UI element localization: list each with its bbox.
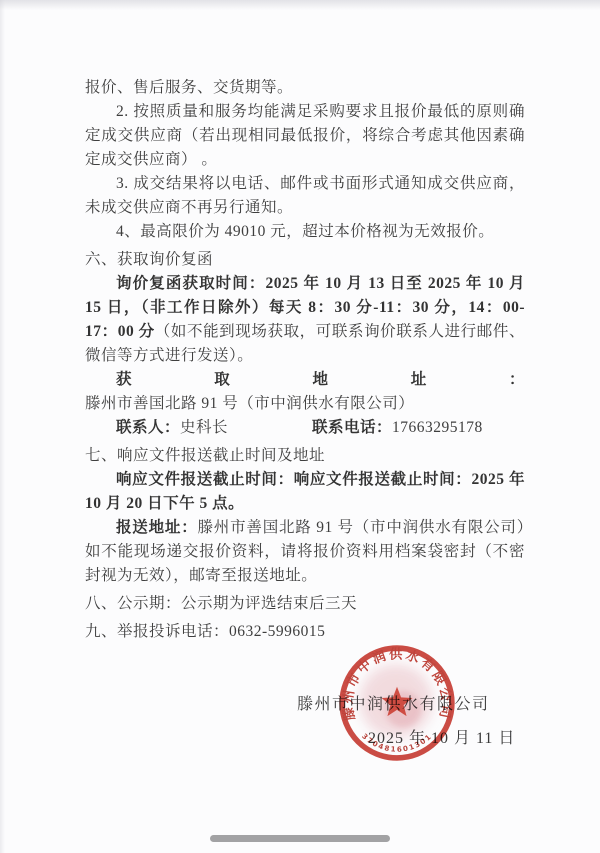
text-run: 六、获取询价复函	[85, 251, 213, 268]
paragraph: 获取地址：滕州市善国北路 91 号（市中润供水有限公司）	[85, 368, 525, 416]
paragraph: 响应文件报送截止时间：响应文件报送截止时间：2025 年 10 月 20 日下午…	[85, 468, 525, 516]
text-run: 九、举报投诉电话：0632-5996015	[85, 623, 325, 640]
text-run: 联系电话：	[312, 419, 392, 436]
document-page: 报价、售后服务、交货期等。2. 按照质量和服务均能满足采购要求且报价最低的原则确…	[0, 0, 600, 853]
paragraph: 4、最高限价为 49010 元，超过本价格视为无效报价。	[85, 220, 525, 244]
section-heading: 八、公示期：公示期为评选结束后三天	[85, 592, 525, 616]
paragraph: 联系人：史科长联系电话：17663295178	[85, 416, 525, 440]
text-run: 联系人：	[116, 419, 180, 436]
text-run: 17663295178	[392, 419, 483, 436]
paragraph: 2. 按照质量和服务均能满足采购要求且报价最低的原则确定成交供应商（若出现相同最…	[85, 100, 525, 172]
section-heading: 九、举报投诉电话：0632-5996015	[85, 620, 525, 644]
document-body: 报价、售后服务、交货期等。2. 按照质量和服务均能满足采购要求且报价最低的原则确…	[85, 76, 525, 644]
section-heading: 六、获取询价复函	[85, 248, 525, 272]
text-run: 2. 按照质量和服务均能满足采购要求且报价最低的原则确定成交供应商（若出现相同最…	[85, 103, 525, 168]
text-run: 获取地址：	[116, 371, 525, 388]
text-run: 响应文件报送截止时间：响应文件报送截止时间：2025 年 10 月 20 日下午…	[85, 471, 525, 512]
paragraph: 报送地址：滕州市善国北路 91 号（市中润供水有限公司）如不能现场递交报价资料，…	[85, 516, 525, 588]
paragraph: 询价复函获取时间：2025 年 10 月 13 日至 2025 年 10 月 1…	[85, 272, 525, 368]
text-run: 4、最高限价为 49010 元，超过本价格视为无效报价。	[116, 223, 494, 240]
text-run: 报送地址：	[116, 519, 198, 536]
text-run: 八、公示期：公示期为评选结束后三天	[85, 595, 357, 612]
text-run: 七、响应文件报送截止时间及地址	[85, 447, 325, 464]
company-seal: 滕州市中润供水有限公司 370481601301	[336, 642, 458, 764]
paragraph: 3. 成交结果将以电话、邮件或书面形式通知成交供应商，未成交供应商不再另行通知。	[85, 172, 525, 220]
text-run: 报价、售后服务、交货期等。	[85, 79, 293, 96]
paragraph: 报价、售后服务、交货期等。	[85, 76, 525, 100]
text-run: 滕州市善国北路 91 号（市中润供水有限公司）	[85, 395, 414, 412]
section-heading: 七、响应文件报送截止时间及地址	[85, 444, 525, 468]
home-indicator-bar[interactable]	[210, 835, 390, 842]
text-run: 史科长	[180, 419, 228, 436]
text-run: 3. 成交结果将以电话、邮件或书面形式通知成交供应商，未成交供应商不再另行通知。	[85, 175, 525, 216]
